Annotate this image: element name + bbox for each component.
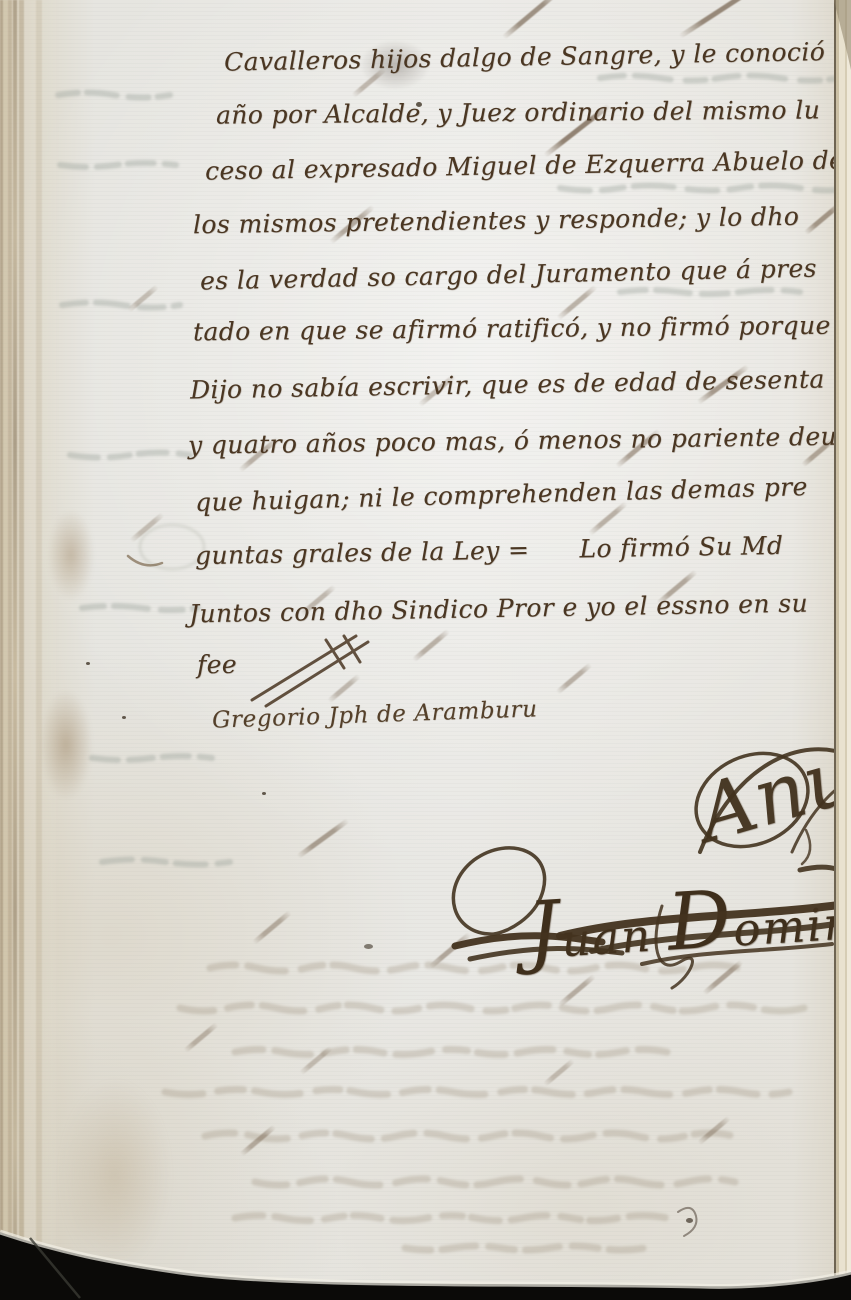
manuscript-scan: Cavalleros hijos dalgo de Sangre, y le c… xyxy=(0,0,851,1300)
main-signature: Juan Domingo de xyxy=(457,825,851,1026)
manuscript-text-line: fee xyxy=(197,650,237,679)
signature-word: Juan xyxy=(526,900,670,969)
binding-fold-streak xyxy=(13,0,17,1300)
ink-speck xyxy=(364,944,373,949)
ink-speck xyxy=(262,792,266,795)
ink-speck xyxy=(122,716,126,719)
manuscript-text-line: año por Alcalde, y Juez ordinario del mi… xyxy=(216,95,820,129)
ink-speck xyxy=(686,1218,693,1223)
binding-edge xyxy=(0,0,62,1300)
signature-word: Domingo xyxy=(666,884,851,961)
ink-speck xyxy=(86,662,90,665)
adjacent-page-edge xyxy=(834,0,851,1300)
